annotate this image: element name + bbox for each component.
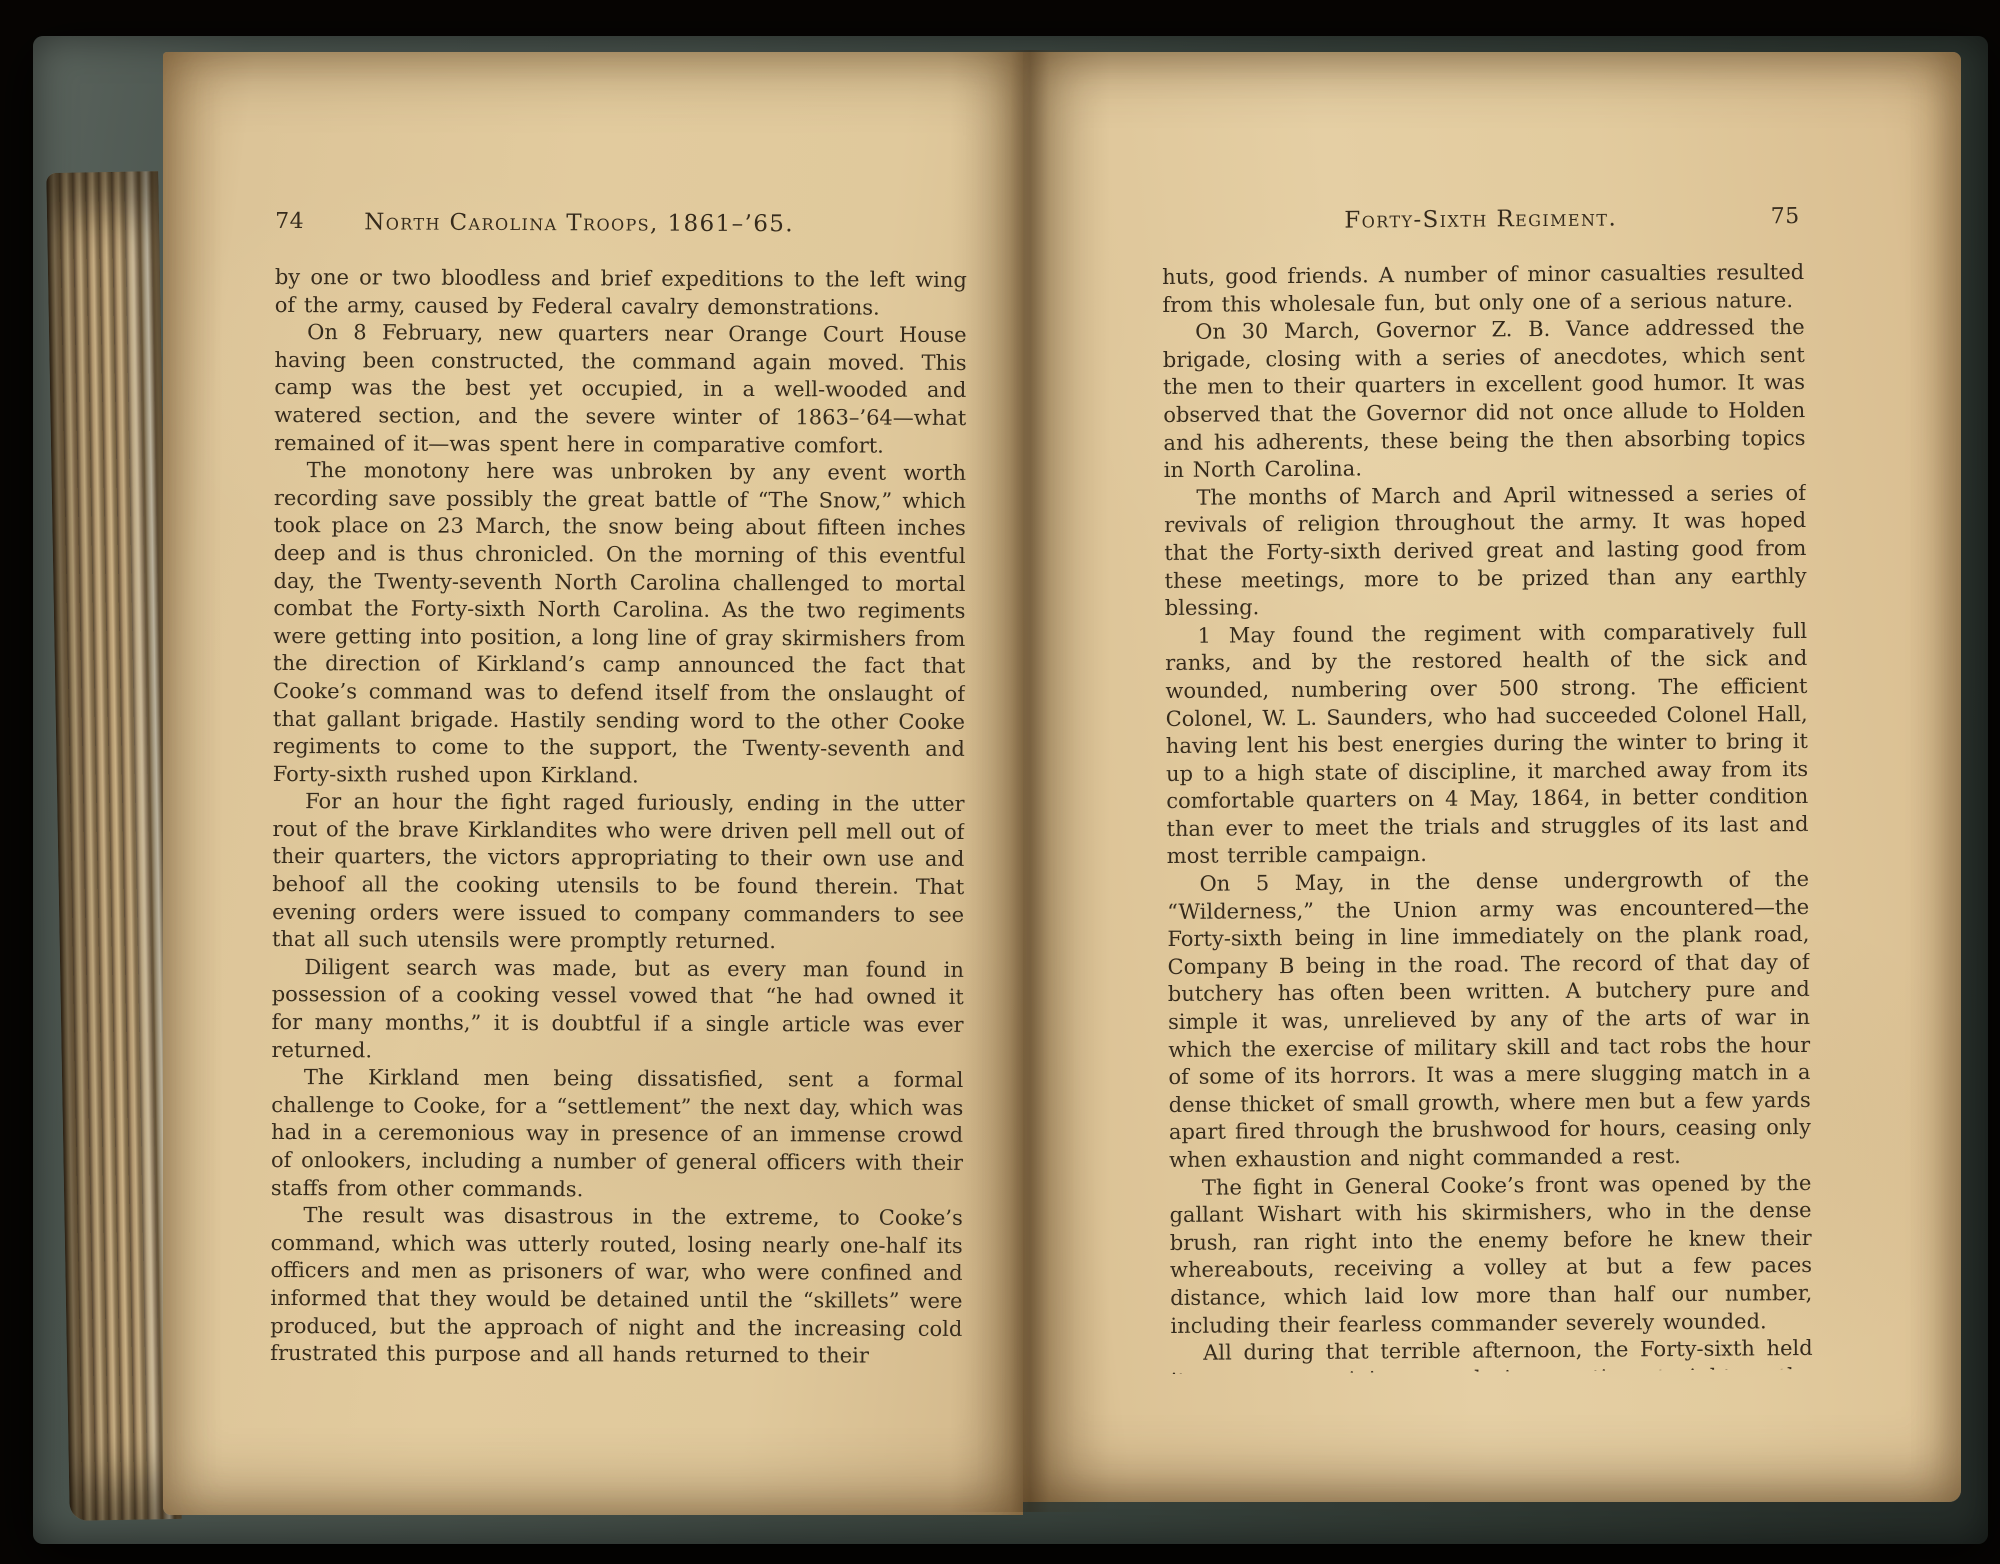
paragraph: Diligent search was made, but as every m… — [271, 954, 963, 1067]
paragraph: On 30 March, Governor Z. B. Vance addres… — [1163, 314, 1806, 485]
book-photo-scene: 74 North Carolina Troops, 1861–’65. by o… — [0, 0, 2000, 1564]
left-running-title: North Carolina Troops, 1861–’65. — [233, 208, 925, 239]
right-page-body-text: huts, good friends. A number of minor ca… — [1162, 259, 1813, 1374]
paragraph: On 8 February, new quarters near Orange … — [274, 319, 967, 460]
paragraph: The Kirkland men being dissatisfied, sen… — [271, 1064, 964, 1205]
paragraph: On 5 May, in the dense undergrowth of th… — [1167, 866, 1811, 1175]
right-page-content: Forty-Sixth Regiment. 75 huts, good frie… — [1021, 46, 1970, 1503]
right-page: Forty-Sixth Regiment. 75 huts, good frie… — [1023, 52, 1961, 1502]
paragraph: The months of March and April witnessed … — [1164, 480, 1807, 623]
paragraph: The monotony here was unbroken by any ev… — [273, 457, 966, 791]
paragraph: The fight in General Cooke’s front was o… — [1169, 1170, 1812, 1341]
left-page-content: 74 North Carolina Troops, 1861–’65. by o… — [157, 51, 1023, 1518]
left-page-body-text: by one or two bloodless and brief expedi… — [270, 264, 967, 1407]
paragraph: The result was disastrous in the extreme… — [270, 1202, 963, 1371]
right-running-head: Forty-Sixth Regiment. 75 — [1162, 203, 1800, 236]
right-running-title: Forty-Sixth Regiment. — [1162, 203, 1800, 236]
paragraph: huts, good friends. A number of minor ca… — [1162, 259, 1804, 319]
paragraph: 1 May found the regiment with comparativ… — [1165, 618, 1809, 871]
paragraph: by one or two bloodless and brief expedi… — [275, 264, 967, 322]
paragraph: For an hour the fight raged furiously, e… — [272, 788, 965, 957]
paragraph: All during that terrible afternoon, the … — [1171, 1335, 1813, 1374]
right-page-number: 75 — [1771, 203, 1800, 231]
left-running-head: 74 North Carolina Troops, 1861–’65. — [275, 208, 967, 239]
left-page: 74 North Carolina Troops, 1861–’65. by o… — [163, 52, 1023, 1515]
